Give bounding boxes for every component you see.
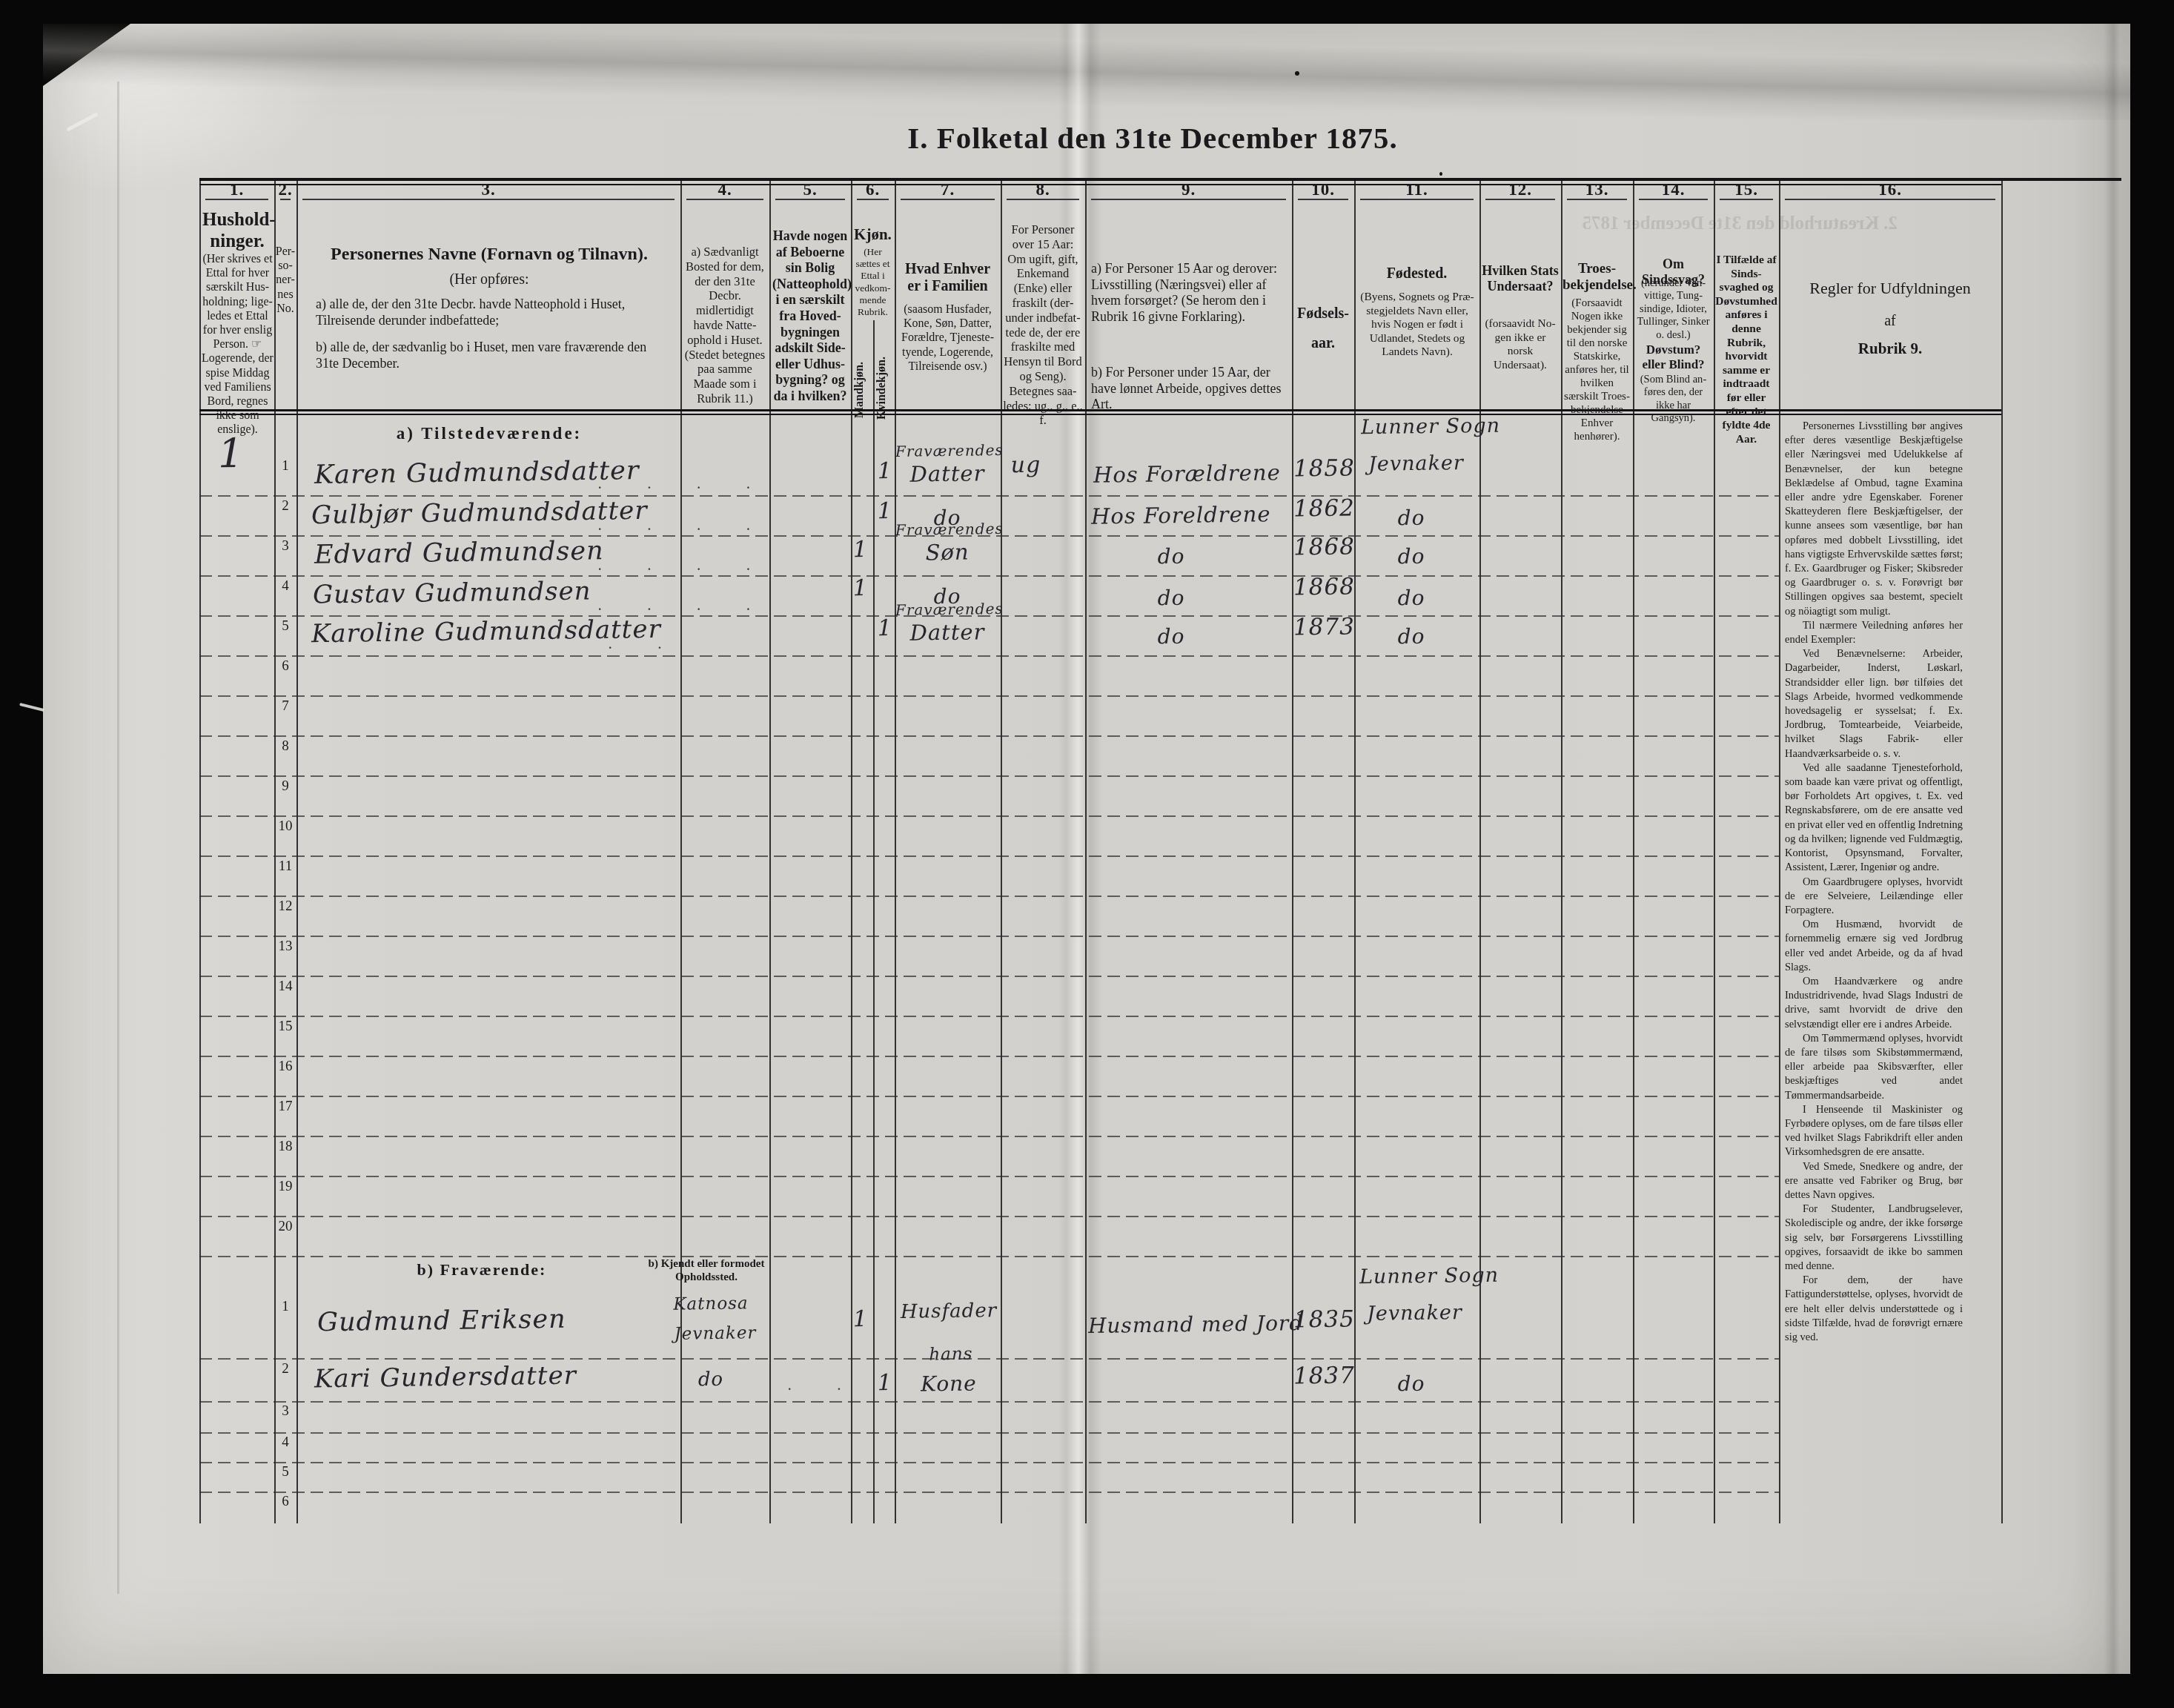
row-number: 10 xyxy=(275,818,296,835)
leader-dots: . . . . xyxy=(597,516,761,534)
row-number: 5 xyxy=(275,618,296,635)
header-citizenship-note: (forsaavidt No­gen ikke er norsk Undersa… xyxy=(1482,317,1559,372)
grid-line xyxy=(769,178,771,1523)
entry-birthplace: Lunner Sogn xyxy=(1361,414,1500,440)
entry-birth-year: 1835 xyxy=(1293,1305,1353,1333)
entry-name: Edvard Gudmundsen xyxy=(314,536,604,569)
header-female-label: Kvindekjøn. xyxy=(875,325,895,452)
entry-birthplace: do xyxy=(1359,623,1463,649)
entry-sex-female: 1 xyxy=(877,458,893,484)
grid-line xyxy=(199,775,1779,777)
leader-dots: . . . . xyxy=(597,556,761,574)
leader-dots: . . xyxy=(787,1376,852,1394)
column-number-2: 2. xyxy=(274,180,296,199)
grid-line xyxy=(1001,178,1002,1523)
header-faith-title: Troes- bekjendelse. xyxy=(1562,261,1631,294)
entry-family: Husfader xyxy=(898,1300,999,1323)
header-rules-mid: af xyxy=(1779,313,2001,330)
row-number: 11 xyxy=(275,858,296,875)
row-number: 4 xyxy=(275,1434,296,1451)
row-number: 2 xyxy=(275,498,296,514)
header-usual-residence: a) Sædvanligt Bosted for dem, der den 31… xyxy=(683,245,766,406)
grid-line xyxy=(199,1462,1779,1463)
header-birthyear-2: aar. xyxy=(1292,335,1354,352)
row-number: 15 xyxy=(275,1019,296,1035)
row-number: 8 xyxy=(275,738,296,755)
row-number: 1 xyxy=(275,458,296,474)
entry-birthplace: do xyxy=(1359,585,1463,611)
entry-family: Datter xyxy=(895,619,999,646)
row-number: 17 xyxy=(275,1099,296,1115)
household-number: 1 xyxy=(218,430,245,477)
entry-birth-year: 1837 xyxy=(1293,1362,1353,1389)
entry-name: Gustav Gudmundsen xyxy=(313,576,591,609)
row-number: 3 xyxy=(275,538,296,555)
header-outbuilding: Havde nogen af Beboerne sin Bolig (Natte… xyxy=(772,228,848,405)
column-number-1: 1. xyxy=(199,180,274,199)
header-person-no: Per- so- ner- nes No. xyxy=(275,245,296,316)
header-male-label: Mandkjøn. xyxy=(853,328,872,452)
grid-line xyxy=(199,1136,1779,1137)
row-number: 16 xyxy=(275,1059,296,1075)
entry-sex-female: 1 xyxy=(877,498,893,524)
grid-line xyxy=(199,1176,1779,1177)
section-a-heading: a) Tilstedeværende: xyxy=(319,424,660,443)
column-number-10: 10. xyxy=(1292,180,1354,199)
column-number-5: 5. xyxy=(769,180,851,199)
grid-line xyxy=(1779,178,1780,1523)
header-onset: I Tilfælde af Sinds­svaghed og Døvstum­h… xyxy=(1715,254,1777,446)
grid-line xyxy=(199,1216,1779,1217)
header-sex-note: (Her sættes et Ettal i vedkom­mende Rubr… xyxy=(852,246,894,318)
header-occupation-b: b) For Personer under 15 Aar, der have l… xyxy=(1091,365,1285,413)
row-number: 18 xyxy=(275,1139,296,1155)
column-number-12: 12. xyxy=(1479,180,1561,199)
row-number: 19 xyxy=(275,1179,296,1195)
entry-abode: Jevnaker xyxy=(660,1323,771,1344)
grid-line xyxy=(199,896,1779,897)
row-number: 4 xyxy=(275,578,296,595)
grid-line xyxy=(199,1096,1779,1097)
scanned-census-page: I. Folketal den 31te December 1875. 2. K… xyxy=(0,0,2174,1708)
rules-paragraph: Om Gaardbrugere oplyses, hvorvidt de ere… xyxy=(1785,875,1963,918)
grid-line xyxy=(873,320,875,1523)
entry-family: Søn xyxy=(895,539,999,566)
header-citizenship-title: Hvilken Stats Under­saat? xyxy=(1482,263,1559,294)
grid-line xyxy=(296,178,298,1523)
column-number-15: 15. xyxy=(1714,180,1779,199)
column-number-13: 13. xyxy=(1561,180,1633,199)
leader-dots: . . xyxy=(608,635,672,652)
entry-sex-male: 1 xyxy=(852,575,869,601)
entry-family: Kone xyxy=(898,1371,999,1397)
entry-family-note: Fraværendes xyxy=(895,441,999,460)
column-number-4: 4. xyxy=(680,180,769,199)
entry-family-note: hans xyxy=(901,1344,1001,1365)
rules-paragraph: Ved Smede, Snedkere og andre, der ere an… xyxy=(1785,1160,1963,1203)
entry-family-note: Fraværendes xyxy=(895,600,999,619)
header-birthplace-note: (Byens, Sognets og Præ­stegjeldets Navn … xyxy=(1358,291,1477,360)
entry-livelihood: Husmand med Jord xyxy=(1088,1311,1304,1338)
section-b-heading: b) Fraværende: xyxy=(319,1260,645,1280)
entry-name: Kari Gundersdatter xyxy=(314,1361,577,1394)
column-number-3: 3. xyxy=(296,180,680,199)
entry-birthplace: do xyxy=(1359,505,1463,531)
grid-line xyxy=(199,815,1779,817)
entry-abode: do xyxy=(655,1368,766,1391)
leader-dots: . . . . xyxy=(597,474,761,492)
grid-line xyxy=(199,1432,1779,1434)
entry-family: Datter xyxy=(895,460,999,487)
header-birthplace-title: Fødested. xyxy=(1354,265,1479,282)
grid-line xyxy=(199,976,1779,977)
grid-line xyxy=(199,1401,1779,1403)
entry-birthplace: Jevnaker xyxy=(1367,1301,1462,1325)
entry-name: Karen Gudmundsdatter xyxy=(314,456,640,490)
row-number: 14 xyxy=(275,979,296,995)
grid-line xyxy=(199,695,1779,697)
rules-text: Personernes Livsstilling bør angives eft… xyxy=(1785,420,1963,1532)
header-occupation-a: a) For Personer 15 Aar og der­over: Livs… xyxy=(1091,261,1285,325)
entry-birthplace: do xyxy=(1359,1371,1463,1397)
row-number: 9 xyxy=(275,778,296,795)
column-number-6: 6. xyxy=(851,180,895,199)
grid-line xyxy=(199,936,1779,937)
entry-sex-male: 1 xyxy=(852,537,869,563)
column-number-14: 14. xyxy=(1633,180,1714,199)
row-number: 6 xyxy=(275,1494,296,1510)
row-number: 5 xyxy=(275,1464,296,1480)
entry-birth-year: 1862 xyxy=(1293,494,1353,522)
grid-line xyxy=(2001,178,2003,1523)
grid-line xyxy=(199,735,1779,737)
header-deafblind-note: (Som Blind an­føres den, der ikke har Ga… xyxy=(1634,374,1712,426)
grid-line xyxy=(680,178,682,1523)
entry-sex-male: 1 xyxy=(852,1306,869,1332)
rules-paragraph: For dem, der have Fattigunderstøttelse, … xyxy=(1785,1274,1963,1345)
header-households-note: (Her skrives et Ettal for hver særskilt … xyxy=(202,252,274,437)
row-number: 20 xyxy=(275,1219,296,1235)
header-households-title: Hushold- ninger. xyxy=(202,209,272,253)
entry-abode: Katnosa xyxy=(655,1294,766,1314)
row-number: 3 xyxy=(275,1403,296,1420)
entry-name: Gudmund Eriksen xyxy=(317,1305,566,1338)
rules-paragraph: I Henseende til Maskinister og Fyrbødere… xyxy=(1785,1103,1963,1160)
grid-line xyxy=(199,178,201,1523)
column-number-11: 11. xyxy=(1354,180,1479,199)
grid-line xyxy=(274,178,276,1523)
rules-paragraph: Om Husmænd, hvorvidt de fornemmelig ernæ… xyxy=(1785,918,1963,975)
grid-line xyxy=(199,855,1779,857)
header-names-sub: (Her opføres: xyxy=(311,271,667,288)
entry-livelihood: Hos Foreldrene xyxy=(1091,501,1271,529)
header-names-title: Personernes Navne (Fornavn og Tilnavn). xyxy=(311,245,667,265)
row-number: 13 xyxy=(275,939,296,955)
grid-line xyxy=(199,1492,1779,1493)
row-number: 1 xyxy=(275,1299,296,1315)
grid-line xyxy=(1085,178,1087,1523)
entry-family-note: Fraværendes xyxy=(895,520,999,539)
entry-livelihood: do xyxy=(1104,623,1238,650)
entry-birth-year: 1858 xyxy=(1293,454,1353,482)
header-sex-title: Kjøn. xyxy=(851,225,895,244)
header-family-title: Hvad Enhver er i Familien xyxy=(897,261,998,296)
entry-livelihood: Hos Forældrene xyxy=(1093,460,1281,488)
header-birthyear-1: Fødsels- xyxy=(1292,305,1354,322)
header-marital: For Personer over 15 Aar: Om ugift, gift… xyxy=(1003,222,1083,428)
column-number-9: 9. xyxy=(1085,180,1292,199)
entry-birth-year: 1868 xyxy=(1293,573,1353,600)
row-number: 12 xyxy=(275,898,296,915)
entry-sex-female: 1 xyxy=(877,1370,893,1396)
entry-birthplace: Jevnaker xyxy=(1368,451,1464,476)
grid-line xyxy=(199,655,1779,657)
grid-line xyxy=(199,575,1779,577)
entry-birthplace: do xyxy=(1359,543,1463,569)
row-number: 6 xyxy=(275,658,296,675)
rules-paragraph: Til nærmere Veiledning anføres her endel… xyxy=(1785,619,1963,647)
grid-line xyxy=(199,1256,1779,1257)
entry-birth-year: 1873 xyxy=(1293,613,1353,640)
entry-marital: ug xyxy=(1002,452,1050,479)
header-rules-rubrik: Rubrik 9. xyxy=(1779,340,2001,358)
grid-line xyxy=(1479,178,1481,1523)
row-number: 2 xyxy=(275,1361,296,1377)
column-number-7: 7. xyxy=(895,180,1001,199)
grid-line xyxy=(199,495,1779,497)
rules-paragraph: For Studenter, Landbrugselever, Skoledis… xyxy=(1785,1202,1963,1274)
rules-paragraph: Om Tømmermænd oplyses, hvorvidt de fare … xyxy=(1785,1032,1963,1103)
grid-line xyxy=(199,1016,1779,1017)
header-insane-note: (herunder Van­vittige, Tung­sindige, Idi… xyxy=(1634,277,1712,342)
entry-livelihood: do xyxy=(1104,543,1238,570)
column-number-8: 8. xyxy=(1001,180,1085,199)
header-names-item-a: a) alle de, der den 31te Decbr. havde Na… xyxy=(316,297,664,328)
entry-sex-female: 1 xyxy=(877,615,893,641)
header-faith-note: (Forsaavidt No­gen ikke bekjen­der sig t… xyxy=(1562,297,1631,443)
rules-paragraph: Ved Benævnelserne: Arbeider, Dagarbeider… xyxy=(1785,647,1963,761)
row-number: 7 xyxy=(275,698,296,715)
grid-line xyxy=(895,178,896,1523)
section-b-col4-heading: b) Kjendt eller formodet Opholdssted. xyxy=(646,1257,766,1284)
header-family-note: (saasom Husfader, Kone, Søn, Datter, For… xyxy=(897,302,998,374)
column-number-16: 16. xyxy=(1779,180,2001,199)
header-deafblind-title: Døvstum? eller Blind? xyxy=(1634,342,1712,372)
rules-paragraph: Ved alle saadanne Tjenesteforhold, som b… xyxy=(1785,761,1963,875)
leader-dots: . . . . xyxy=(597,596,761,614)
header-names-item-b: b) alle de, der sædvanlig bo i Huset, me… xyxy=(316,340,664,371)
entry-birth-year: 1868 xyxy=(1293,533,1353,560)
entry-birthplace: Lunner Sogn xyxy=(1359,1264,1499,1289)
entry-livelihood: do xyxy=(1104,585,1238,612)
rules-paragraph: Personernes Livsstilling bør angives eft… xyxy=(1785,420,1963,619)
rules-paragraph: Om Haandværkere og andre Industridrivend… xyxy=(1785,975,1963,1032)
grid-line xyxy=(199,1056,1779,1057)
header-rules-title: Regler for Udfyldningen xyxy=(1779,279,2001,298)
